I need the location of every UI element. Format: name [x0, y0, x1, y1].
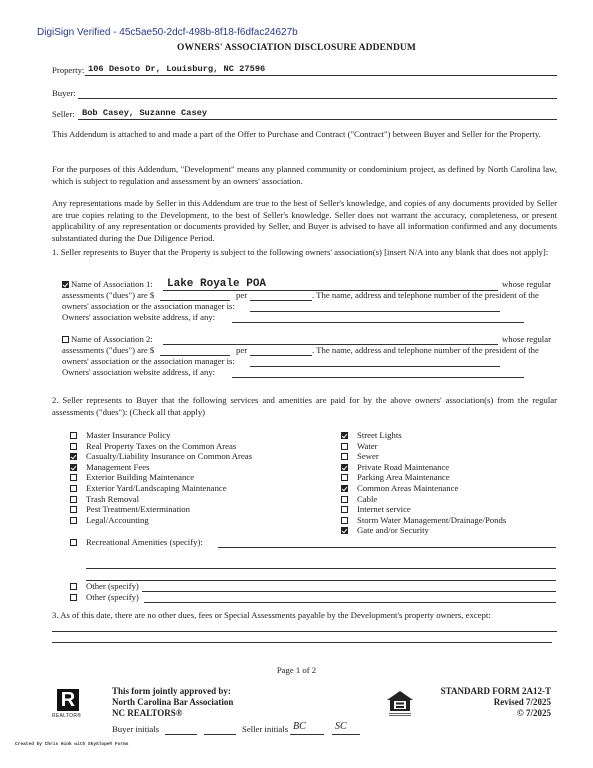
association1-manager-label: owners' association or the association m… [62, 301, 235, 312]
amenity-item-checkbox[interactable] [341, 485, 348, 492]
seller-initials-line-1 [290, 734, 324, 735]
association1-name-field[interactable]: Lake Royale POA [167, 278, 266, 290]
amenity-item-label: Real Property Taxes on the Common Areas [86, 441, 236, 451]
approved-by-line1: This form jointly approved by: [112, 686, 231, 697]
other1-field[interactable] [142, 591, 556, 592]
association2-per-label: per [236, 345, 247, 356]
amenity-item-label: Storm Water Management/Drainage/Ponds [357, 515, 506, 525]
recreational-label: Recreational Amenities (specify): [86, 537, 203, 547]
section3-line-2[interactable] [52, 642, 552, 643]
amenity-item-label: Casualty/Liability Insurance on Common A… [86, 451, 252, 461]
amenity-item-checkbox[interactable] [341, 443, 348, 450]
other1-label: Other (specify) [86, 581, 139, 591]
amenity-item-checkbox[interactable] [341, 432, 348, 439]
amenity-item-label: Trash Removal [86, 494, 139, 504]
amenity-item-checkbox[interactable] [70, 496, 77, 503]
form-revised: Revised 7/2025 [494, 697, 551, 708]
association2-assess-label: assessments ("dues") are $ [62, 345, 154, 356]
section3-text: 3. As of this date, there are no other d… [52, 610, 491, 621]
property-field[interactable]: 106 Desoto Dr, Louisburg, NC 27596 [88, 64, 265, 74]
seller-initials-field-1[interactable]: BC [293, 721, 306, 732]
form-copyright: © 7/2025 [517, 708, 551, 719]
section2-intro: 2. Seller represents to Buyer that the f… [52, 395, 557, 418]
section1-intro: 1. Seller represents to Buyer that the P… [52, 247, 557, 259]
association1-per-label: per [236, 290, 247, 301]
paragraph-development: For the purposes of this Addendum, "Deve… [52, 164, 557, 187]
association2-per-field[interactable] [250, 355, 312, 356]
amenity-item-label: Common Areas Maintenance [357, 483, 458, 493]
form-name: STANDARD FORM 2A12-T [441, 686, 551, 697]
association1-name-label: Name of Association 1: [71, 279, 153, 290]
buyer-field[interactable] [78, 98, 557, 99]
amenity-item-checkbox[interactable] [341, 464, 348, 471]
association2-president-text: . The name, address and telephone number… [312, 345, 539, 356]
amenity-item-checkbox[interactable] [70, 464, 77, 471]
approved-by-line2: North Carolina Bar Association [112, 697, 233, 708]
amenity-item-checkbox[interactable] [70, 432, 77, 439]
amenity-item-checkbox[interactable] [70, 517, 77, 524]
association1-website-field[interactable] [232, 322, 524, 323]
amenity-item-label: Internet service [357, 504, 411, 514]
association2-manager-label: owners' association or the association m… [62, 356, 235, 367]
association1-website-label: Owners' association website address, if … [62, 312, 215, 323]
other2-field[interactable] [144, 602, 556, 603]
section3-line-1[interactable] [52, 631, 557, 632]
amenity-item-label: Sewer [357, 451, 379, 461]
association2-checkbox[interactable] [62, 336, 69, 343]
amenity-item-label: Private Road Maintenance [357, 462, 449, 472]
recreational-line-3[interactable] [86, 580, 556, 581]
association1-per-field[interactable] [250, 300, 312, 301]
paragraph-attached: This Addendum is attached to and made a … [52, 129, 557, 141]
property-label: Property: [52, 65, 84, 76]
verification-stamp: DigiSign Verified - 45c5ae50-2dcf-498b-8… [37, 27, 298, 38]
amenity-item-label: Exterior Yard/Landscaping Maintenance [86, 483, 227, 493]
buyer-label: Buyer: [52, 88, 76, 99]
recreational-checkbox[interactable] [70, 539, 77, 546]
amenity-item-checkbox[interactable] [341, 474, 348, 481]
association1-whose-regular: whose regular [502, 279, 551, 290]
seller-initials-label: Seller initials [242, 724, 288, 735]
buyer-initials-field-1[interactable] [165, 734, 197, 735]
buyer-initials-field-2[interactable] [204, 734, 236, 735]
other1-checkbox[interactable] [70, 583, 77, 590]
realtor-logo-text: REALTOR® [52, 713, 81, 719]
amenity-item-label: Water [357, 441, 378, 451]
page-number: Page 1 of 2 [0, 665, 593, 676]
amenity-item-label: Street Lights [357, 430, 402, 440]
amenity-item-checkbox[interactable] [70, 453, 77, 460]
amenity-item-checkbox[interactable] [70, 443, 77, 450]
amenity-item-checkbox[interactable] [70, 485, 77, 492]
amenity-item-checkbox[interactable] [341, 517, 348, 524]
association1-checkbox[interactable] [62, 281, 69, 288]
amenity-item-checkbox[interactable] [70, 474, 77, 481]
amenity-item-label: Gate and/or Security [357, 525, 429, 535]
amenity-item-label: Exterior Building Maintenance [86, 472, 194, 482]
amenity-item-label: Master Insurance Policy [86, 430, 170, 440]
amenity-item-checkbox[interactable] [341, 527, 348, 534]
seller-field[interactable]: Bob Casey, Suzanne Casey [82, 108, 207, 118]
approved-by-line3: NC REALTORS® [112, 708, 183, 719]
association2-whose-regular: whose regular [502, 334, 551, 345]
amenity-item-checkbox[interactable] [70, 506, 77, 513]
recreational-line-2[interactable] [86, 568, 556, 569]
association2-website-field[interactable] [232, 377, 524, 378]
amenity-item-label: Cable [357, 494, 377, 504]
association2-name-label: Name of Association 2: [71, 334, 153, 345]
association1-president-text: . The name, address and telephone number… [312, 290, 539, 301]
association1-manager-field[interactable] [250, 311, 500, 312]
other2-label: Other (specify) [86, 592, 139, 602]
amenity-item-label: Pest Treatment/Extermination [86, 504, 190, 514]
amenity-item-checkbox[interactable] [341, 453, 348, 460]
realtor-logo-icon: R [57, 689, 79, 711]
other2-checkbox[interactable] [70, 594, 77, 601]
amenity-item-checkbox[interactable] [341, 506, 348, 513]
paragraph-representations: Any representations made by Seller in th… [52, 198, 557, 244]
amenity-item-checkbox[interactable] [341, 496, 348, 503]
seller-initials-line-2 [332, 734, 360, 735]
seller-label: Seller: [52, 109, 75, 120]
property-line [85, 75, 557, 76]
association2-manager-field[interactable] [250, 366, 500, 367]
seller-line [78, 119, 557, 120]
seller-initials-field-2[interactable]: SC [335, 721, 347, 732]
document-title: OWNERS' ASSOCIATION DISCLOSURE ADDENDUM [0, 43, 593, 53]
association1-assess-label: assessments ("dues") are $ [62, 290, 154, 301]
association2-website-label: Owners' association website address, if … [62, 367, 215, 378]
recreational-field[interactable] [218, 547, 556, 548]
amenity-item-label: Parking Area Maintenance [357, 472, 450, 482]
amenity-item-label: Management Fees [86, 462, 149, 472]
equal-housing-icon [385, 690, 415, 718]
buyer-initials-label: Buyer initials [112, 724, 159, 735]
amenity-item-label: Legal/Accounting [86, 515, 149, 525]
created-by: Created by Chris Hink with SkySlope® For… [15, 742, 128, 747]
